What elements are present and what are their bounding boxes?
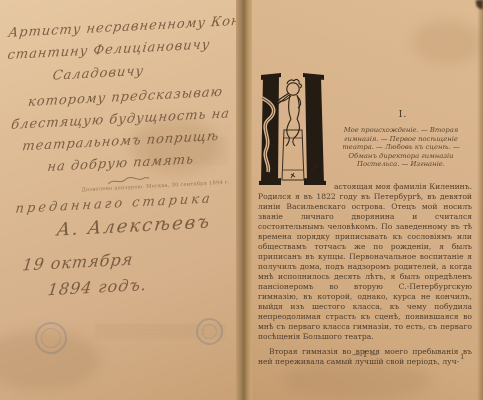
library-stamp-icon [35,322,67,354]
body-paragraph-1: астоящая моя фамилія Киленинъ. Родился я… [258,182,472,342]
inscription-line: которому предсказываю [27,85,224,110]
inscription-line: стантину Фелиціановичу [7,37,212,63]
printer-signature-mark: 1 [460,353,464,361]
paper-stain [412,20,482,65]
page-number: — 1 — [258,350,472,359]
right-page: Н [252,0,483,400]
page-edge-shadow [477,0,483,400]
library-stamp-ring [41,328,61,348]
paragraph-rest: Родился я въ 1822 году въ Петербургѣ, въ… [258,192,472,341]
paragraph-lead: астоящая моя фамилія Киленинъ. [334,182,472,191]
printed-text-column: Н [258,70,472,367]
drop-cap-illustration: Н [258,72,328,186]
initial-letter-cherub-icon [258,72,328,186]
inscription-line: Саладовичу [52,64,145,84]
date-line: 19 октября [21,250,134,275]
handwritten-inscription: Артисту несравненному Кон- стантину Фели… [6,14,228,26]
ink-showthrough [148,138,228,164]
left-page: Артисту несравненному Кон- стантину Фели… [0,0,238,400]
ink-showthrough [95,325,225,338]
date-line: 1894 годъ. [47,275,149,299]
book-gutter [236,0,252,400]
author-signature: А. Алексѣевъ [55,211,212,240]
book-scan-photo: Артисту несравненному Кон- стантину Фели… [0,0,483,400]
